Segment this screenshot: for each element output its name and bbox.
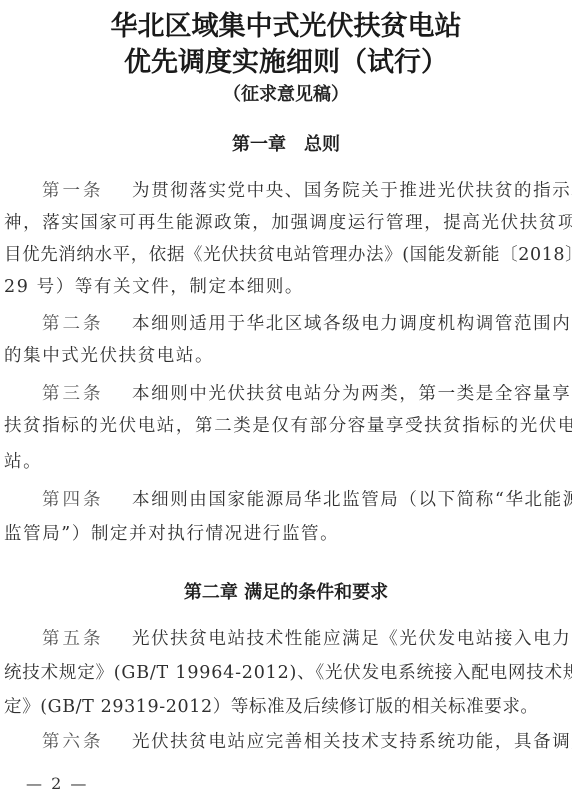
article-5-line-3: 定》(GB/T 29319-2012）等标准及后续修订版的相关标准要求。 <box>4 696 570 718</box>
article-1-line-4: 29 号）等有关文件，制定本细则。 <box>4 276 570 298</box>
chapter-heading-1: 第一章 总则 <box>0 130 572 156</box>
article-3-line-2: 扶贫指标的光伏电站，第二类是仅有部分容量享受扶贫指标的光伏电 <box>4 415 570 437</box>
article-text: 光伏扶贫电站应完善相关技术支持系统功能，具备调度 <box>132 732 572 752</box>
article-label: 第四条 <box>42 489 132 511</box>
article-label: 第三条 <box>42 383 132 405</box>
article-5-line-2: 统技术规定》(GB/T 19964-2012)、《光伏发电系统接入配电网技术规 <box>4 662 570 684</box>
article-3-line-1: 第三条本细则中光伏扶贫电站分为两类，第一类是全容量享受 <box>42 383 570 405</box>
article-text: 光伏扶贫电站技术性能应满足《光伏发电站接入电力系 <box>132 629 572 649</box>
article-label: 第二条 <box>42 313 132 335</box>
article-label: 第六条 <box>42 731 132 753</box>
article-1-line-2: 神，落实国家可再生能源政策，加强调度运行管理，提高光伏扶贫项 <box>4 212 570 234</box>
article-text: 本细则中光伏扶贫电站分为两类，第一类是全容量享受 <box>132 384 572 404</box>
article-text: 本细则适用于华北区域各级电力调度机构调管范围内 <box>132 314 571 334</box>
document-title-line1: 华北区域集中式光伏扶贫电站 <box>0 4 572 43</box>
article-5-line-1: 第五条光伏扶贫电站技术性能应满足《光伏发电站接入电力系 <box>42 628 570 650</box>
document-subtitle: （征求意见稿） <box>0 80 572 106</box>
article-2-line-2: 的集中式光伏扶贫电站。 <box>4 345 570 367</box>
article-6-line-1: 第六条光伏扶贫电站应完善相关技术支持系统功能，具备调度 <box>42 731 570 753</box>
article-4-line-2: 监管局”）制定并对执行情况进行监管。 <box>4 523 570 545</box>
article-3-line-3: 站。 <box>4 451 570 473</box>
article-text: 为贯彻落实党中央、国务院关于推进光伏扶贫的指示精 <box>132 181 572 201</box>
article-label: 第五条 <box>42 628 132 650</box>
article-text: 本细则由国家能源局华北监管局（以下简称“华北能源 <box>132 490 572 510</box>
document-title-line2: 优先调度实施细则（试行） <box>0 40 572 79</box>
article-2-line-1: 第二条本细则适用于华北区域各级电力调度机构调管范围内 <box>42 313 570 335</box>
article-label: 第一条 <box>42 180 132 202</box>
article-1-line-3: 目优先消纳水平，依据《光伏扶贫电站管理办法》(国能发新能〔2018〕 <box>4 244 570 266</box>
page-number: — 2 — <box>26 774 88 793</box>
article-1-line-1: 第一条为贯彻落实党中央、国务院关于推进光伏扶贫的指示精 <box>42 180 570 202</box>
article-4-line-1: 第四条本细则由国家能源局华北监管局（以下简称“华北能源 <box>42 489 570 511</box>
chapter-heading-2: 第二章 满足的条件和要求 <box>0 578 572 604</box>
